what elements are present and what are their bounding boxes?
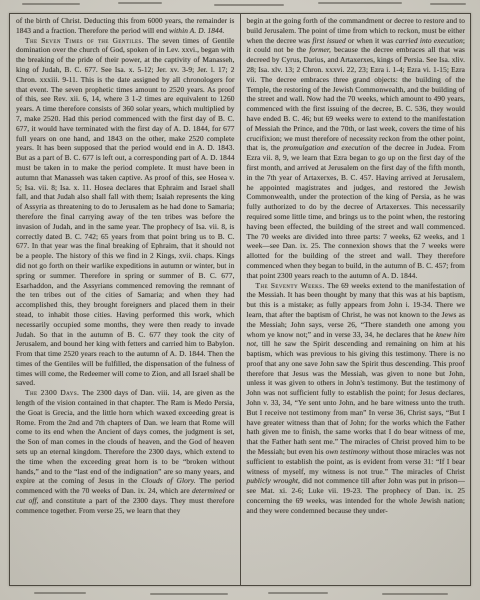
text-run: The 2300 Days.	[25, 388, 79, 397]
text-run: within A. D. 1844.	[169, 26, 224, 35]
right-column: begin at the going forth of the commandm…	[240, 14, 471, 585]
scan-artifact	[430, 3, 466, 5]
paragraph: The 2300 Days. The 2300 days of Dan. vii…	[16, 388, 235, 515]
paragraph: The Seventy Weeks. The 69 weeks extend t…	[247, 281, 466, 516]
paragraph: begin at the going forth of the commandm…	[247, 16, 466, 281]
page-frame: of the birth of Christ. Deducting this f…	[9, 13, 471, 586]
scan-artifact	[214, 4, 284, 6]
text-run: The Seventy Weeks.	[256, 281, 325, 290]
text-run: of the decree in Judea. From Ezra vii. 8…	[247, 143, 466, 279]
text-run: own testimony	[326, 447, 370, 456]
text-run: publicly wrought,	[247, 476, 300, 485]
text-run: or	[226, 486, 235, 495]
scan-artifact	[34, 592, 86, 594]
scan-artifact	[268, 592, 328, 594]
text-run: cut off,	[16, 496, 39, 505]
text-run: because the decree embraces all that was…	[247, 45, 466, 152]
paragraph: of the birth of Christ. Deducting this f…	[16, 16, 235, 36]
text-run: The seven times of Gentile domination ov…	[16, 36, 235, 388]
text-run: The 2300 days of Dan. viii. 14, are give…	[16, 388, 235, 485]
scan-artifact	[118, 2, 162, 4]
scan-artifact	[150, 593, 228, 595]
text-run: till he saw the Spirit descending and re…	[247, 339, 466, 456]
scanned-page: of the birth of Christ. Deducting this f…	[0, 0, 480, 600]
text-run: The Seven Times of the Gentiles.	[25, 36, 144, 45]
paragraph: The Seven Times of the Gentiles. The sev…	[16, 36, 235, 389]
scan-artifact	[22, 3, 80, 5]
text-run: former,	[309, 45, 331, 54]
text-run: or when it was	[346, 36, 396, 45]
text-run: and constitute a part of the 2300 days. …	[16, 496, 235, 515]
left-column: of the birth of Christ. Deducting this f…	[10, 14, 240, 585]
text-run: Clouds of Glory.	[141, 476, 195, 485]
text-run: carried into execution	[395, 36, 462, 45]
text-run: first issued	[312, 36, 345, 45]
scan-artifact	[318, 2, 402, 4]
text-run: promulgation and execution	[283, 143, 370, 152]
text-run: determined	[192, 486, 226, 495]
scan-artifact	[382, 593, 448, 595]
